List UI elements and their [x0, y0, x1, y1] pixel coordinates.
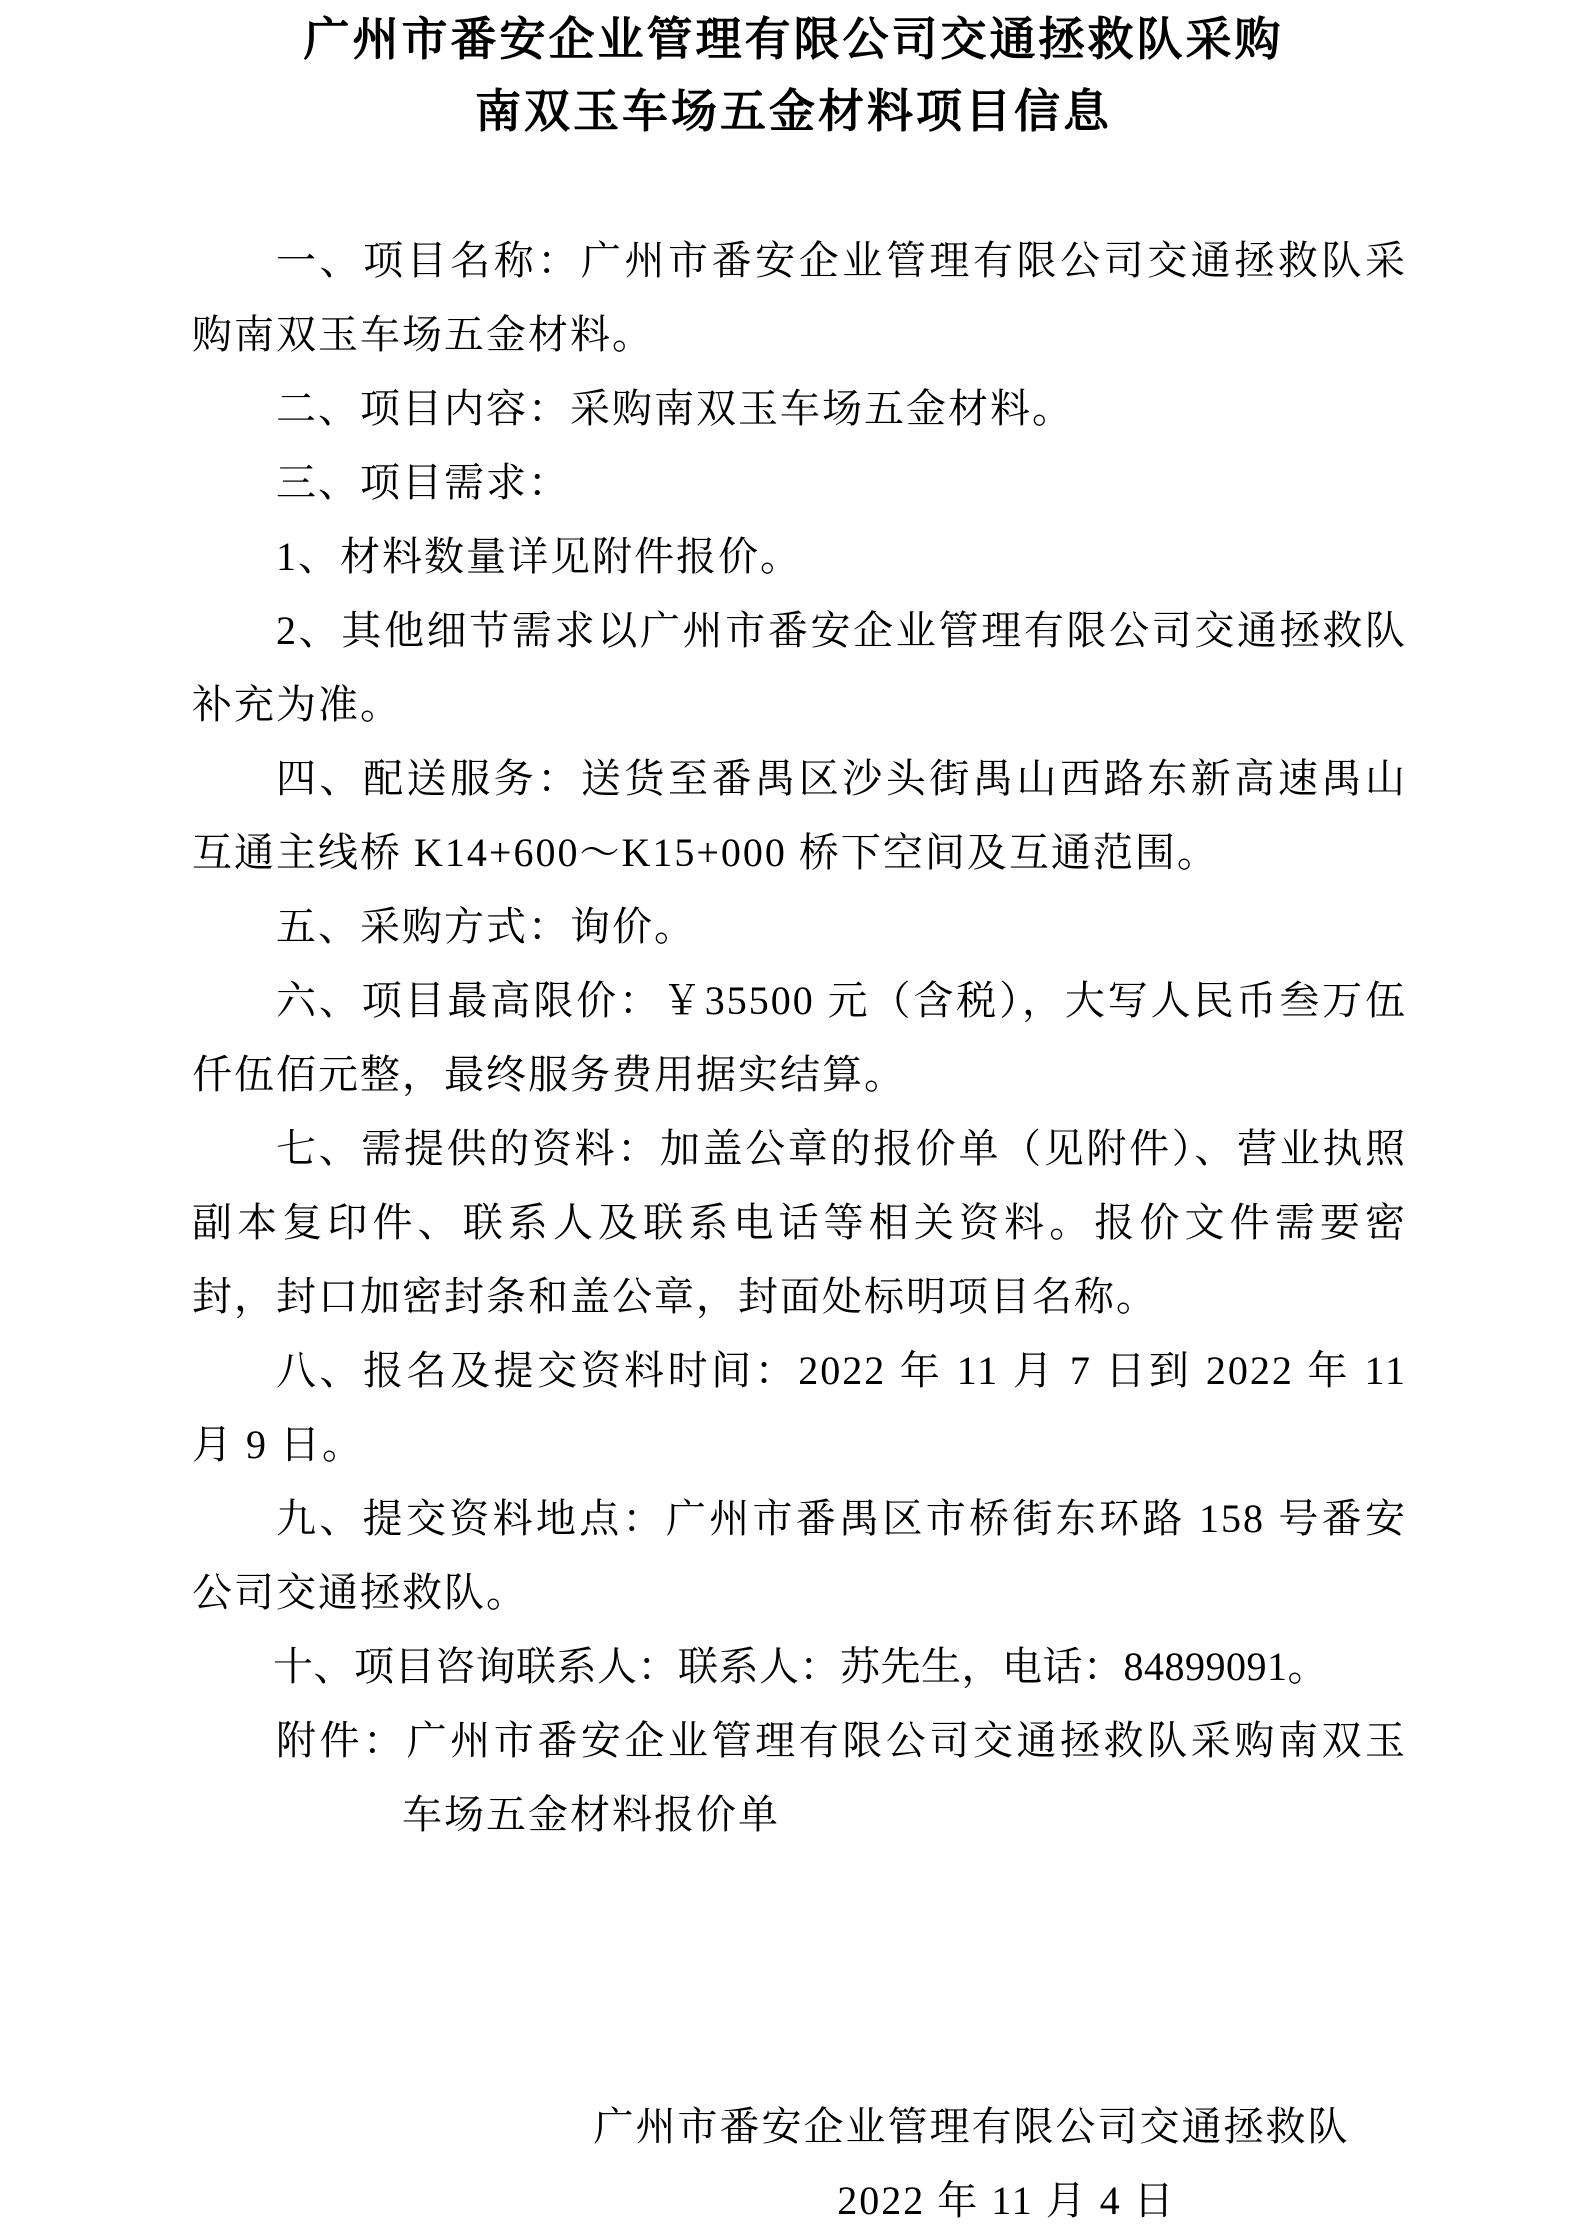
paragraph: 八、报名及提交资料时间：2022 年 11 月 7 日到 2022 年 11 月…	[192, 1334, 1407, 1482]
paragraph: 九、提交资料地点：广州市番禺区市桥街东环路 158 号番安公司交通拯救队。	[192, 1482, 1407, 1630]
date-line: 2022 年 11 月 4 日	[356, 2164, 1587, 2236]
document-title: 广州市番安企业管理有限公司交通拯救队采购 南双玉车场五金材料项目信息	[0, 0, 1587, 148]
title-line-1: 广州市番安企业管理有限公司交通拯救队采购	[0, 4, 1587, 76]
document-page: 广州市番安企业管理有限公司交通拯救队采购 南双玉车场五金材料项目信息 一、项目名…	[0, 0, 1587, 2236]
paragraph: 附件：广州市番安企业管理有限公司交通拯救队采购南双玉车场五金材料报价单	[192, 1704, 1407, 1852]
paragraph: 五、采购方式：询价。	[192, 890, 1407, 964]
paragraph: 七、需提供的资料：加盖公章的报价单（见附件）、营业执照副本复印件、联系人及联系电…	[192, 1112, 1407, 1334]
paragraph: 二、项目内容：采购南双玉车场五金材料。	[192, 372, 1407, 446]
paragraph: 十、项目咨询联系人：联系人：苏先生，电话：84899091。	[192, 1630, 1407, 1704]
signature-line: 广州市番安企业管理有限公司交通拯救队	[356, 2090, 1587, 2164]
paragraph: 1、材料数量详见附件报价。	[192, 520, 1407, 594]
paragraph: 六、项目最高限价：￥35500 元（含税），大写人民币叁万伍仟伍佰元整，最终服务…	[192, 964, 1407, 1112]
signature-block: 广州市番安企业管理有限公司交通拯救队 2022 年 11 月 4 日	[0, 2090, 1587, 2236]
paragraph: 2、其他细节需求以广州市番安企业管理有限公司交通拯救队补充为准。	[192, 594, 1407, 742]
paragraph: 四、配送服务：送货至番禺区沙头街禺山西路东新高速禺山互通主线桥 K14+600～…	[192, 742, 1407, 890]
title-line-2: 南双玉车场五金材料项目信息	[0, 76, 1587, 148]
paragraph: 一、项目名称：广州市番安企业管理有限公司交通拯救队采购南双玉车场五金材料。	[192, 224, 1407, 372]
document-body: 一、项目名称：广州市番安企业管理有限公司交通拯救队采购南双玉车场五金材料。二、项…	[192, 224, 1407, 1852]
paragraph: 三、项目需求：	[192, 446, 1407, 520]
